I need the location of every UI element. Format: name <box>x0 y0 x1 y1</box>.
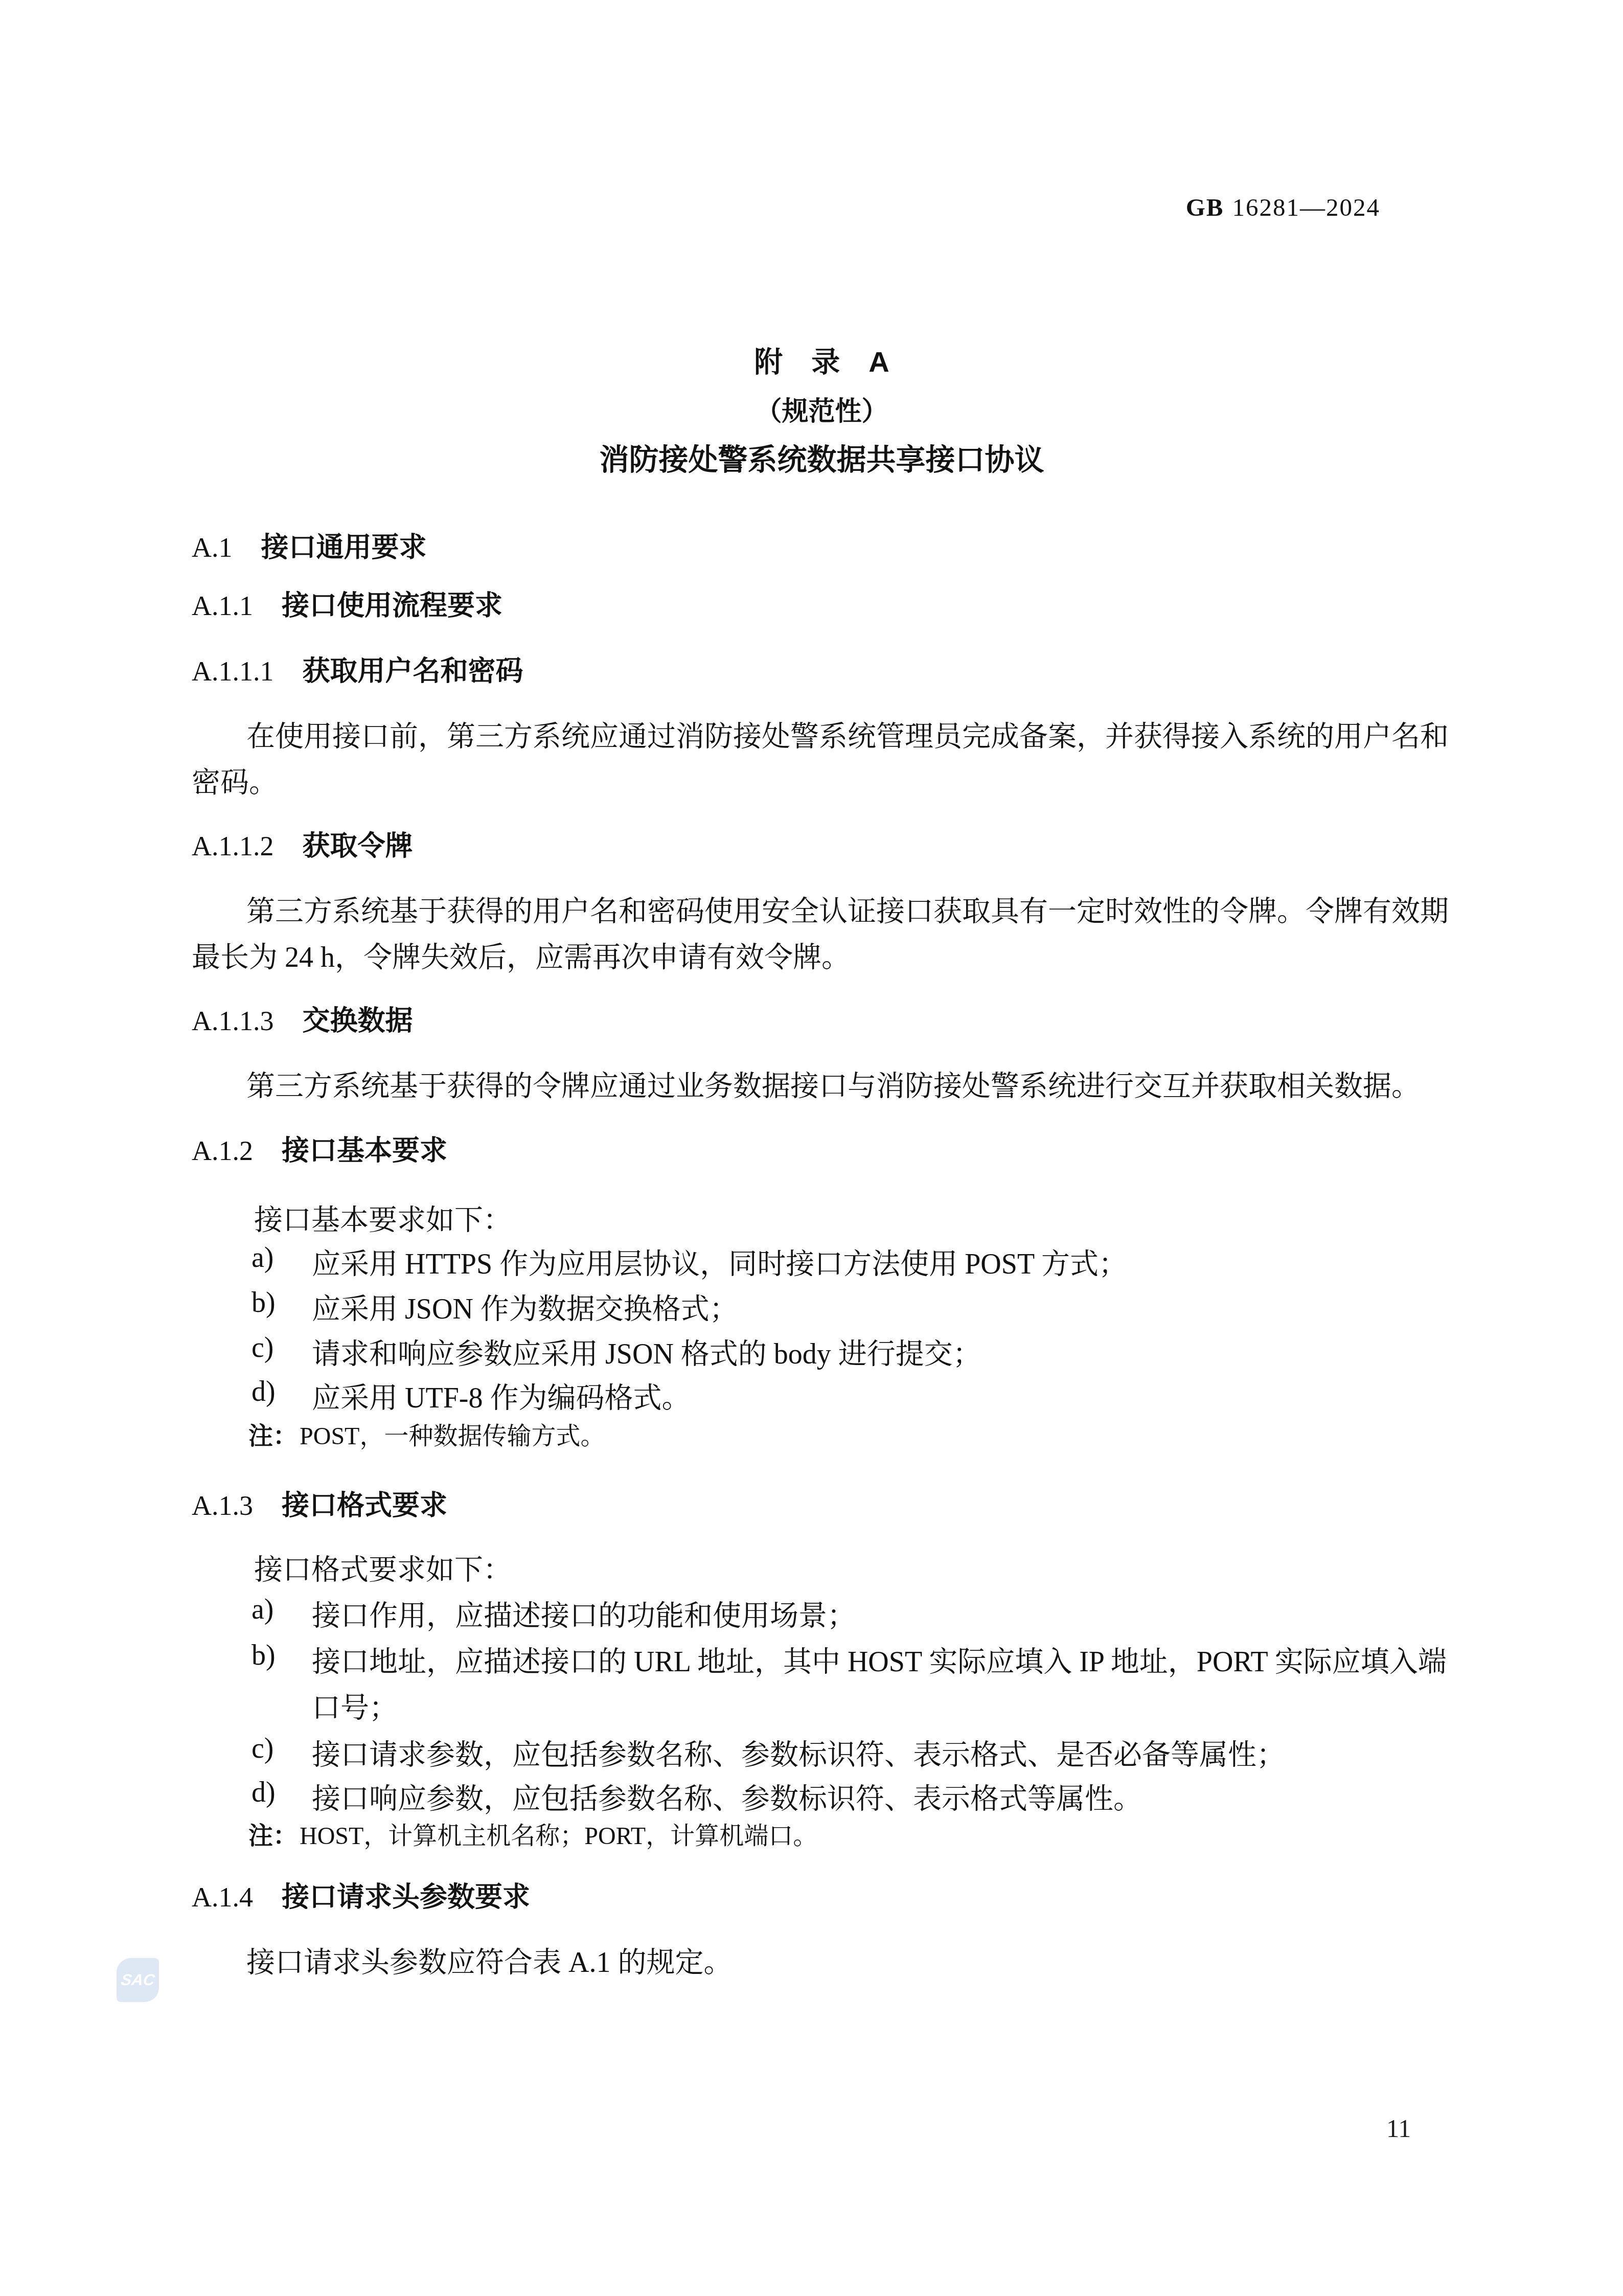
format-requirements-intro: 接口格式要求如下： <box>254 1547 512 1588</box>
paragraph-a14: 接口请求头参数应符合表 A.1 的规定。 <box>246 1940 732 1981</box>
heading-a111: A.1.1.1获取用户名和密码 <box>192 649 523 689</box>
heading-a1-number: A.1 <box>192 532 233 563</box>
paragraph-a112-line1: 第三方系统基于获得的用户名和密码使用安全认证接口获取具有一定时效性的令牌。令牌有… <box>246 889 1449 929</box>
heading-a112-title: 获取令牌 <box>303 831 413 861</box>
list-item-text: 应采用 UTF-8 作为编码格式。 <box>312 1375 690 1416</box>
page-number: 11 <box>1386 2113 1411 2143</box>
list-item-label: b) <box>252 1639 312 1680</box>
heading-a113-title: 交换数据 <box>303 1006 413 1036</box>
heading-a12-number: A.1.2 <box>192 1135 253 1166</box>
list-item-basic-b: b)应采用 JSON 作为数据交换格式； <box>252 1286 738 1327</box>
list-item-format-a: a)接口作用，应描述接口的功能和使用场景； <box>252 1593 856 1634</box>
list-item-label: a) <box>252 1593 312 1634</box>
list-item-format-b-line2: 口号； <box>312 1685 398 1726</box>
note-post: 注：POST，一种数据传输方式。 <box>248 1416 605 1451</box>
heading-a14: A.1.4接口请求头参数要求 <box>192 1875 530 1915</box>
note-label: 注： <box>248 1416 298 1451</box>
heading-a11-title: 接口使用流程要求 <box>282 590 502 621</box>
list-item-format-c: c)接口请求参数，应包括参数名称、参数标识符、表示格式、是否必备等属性； <box>252 1732 1285 1773</box>
list-item-label: d) <box>252 1776 312 1817</box>
list-item-basic-d: d)应采用 UTF-8 作为编码格式。 <box>252 1375 690 1416</box>
appendix-label: 附 录 A <box>192 339 1452 380</box>
heading-a11: A.1.1接口使用流程要求 <box>192 584 502 623</box>
heading-a13-number: A.1.3 <box>192 1490 253 1521</box>
paragraph-a111-line2: 密码。 <box>192 760 278 801</box>
heading-a111-title: 获取用户名和密码 <box>303 656 523 687</box>
list-item-label: c) <box>252 1331 312 1372</box>
list-item-label: a) <box>252 1241 312 1282</box>
heading-a112: A.1.1.2获取令牌 <box>192 824 413 863</box>
sac-logo-text: SAC <box>120 1971 156 1989</box>
note-text: POST，一种数据传输方式。 <box>300 1416 605 1451</box>
heading-a12-title: 接口基本要求 <box>282 1135 447 1166</box>
list-item-text: 应采用 JSON 作为数据交换格式； <box>312 1286 738 1327</box>
basic-requirements-intro: 接口基本要求如下： <box>254 1197 512 1238</box>
list-item-label: b) <box>252 1286 312 1327</box>
paragraph-a112-line2: 最长为 24 h，令牌失效后，应需再次申请有效令牌。 <box>192 935 850 975</box>
heading-a13-title: 接口格式要求 <box>282 1490 447 1521</box>
heading-a13: A.1.3接口格式要求 <box>192 1484 447 1523</box>
list-item-text-line1: 接口地址，应描述接口的 URL 地址，其中 HOST 实际应填入 IP 地址，P… <box>312 1639 1447 1680</box>
standard-year-number: 16281—2024 <box>1232 193 1381 221</box>
list-item-text: 应采用 HTTPS 作为应用层协议，同时接口方法使用 POST 方式； <box>312 1241 1127 1282</box>
list-item-text: 接口作用，应描述接口的功能和使用场景； <box>312 1593 856 1634</box>
note-host-port: 注：HOST，计算机主机名称；PORT，计算机端口。 <box>248 1816 817 1851</box>
list-item-text: 接口请求参数，应包括参数名称、参数标识符、表示格式、是否必备等属性； <box>312 1732 1285 1773</box>
appendix-title: 消防接处警系统数据共享接口协议 <box>192 436 1452 479</box>
list-item-format-b: b)接口地址，应描述接口的 URL 地址，其中 HOST 实际应填入 IP 地址… <box>252 1639 1447 1680</box>
paragraph-a113: 第三方系统基于获得的令牌应通过业务数据接口与消防接处警系统进行交互并获取相关数据… <box>246 1063 1420 1104</box>
heading-a1-title: 接口通用要求 <box>261 532 427 563</box>
document-page: GB16281—2024 附 录 A （规范性） 消防接处警系统数据共享接口协议… <box>0 0 1623 2296</box>
list-item-basic-a: a)应采用 HTTPS 作为应用层协议，同时接口方法使用 POST 方式； <box>252 1241 1127 1282</box>
heading-a12: A.1.2接口基本要求 <box>192 1129 447 1168</box>
note-label: 注： <box>248 1816 298 1851</box>
standard-number: GB16281—2024 <box>1186 193 1380 222</box>
standard-code: GB <box>1186 193 1224 221</box>
paragraph-a111-line1: 在使用接口前，第三方系统应通过消防接处警系统管理员完成备案，并获得接入系统的用户… <box>246 714 1449 755</box>
heading-a11-number: A.1.1 <box>192 590 253 621</box>
list-item-text: 请求和响应参数应采用 JSON 格式的 body 进行提交； <box>312 1331 981 1372</box>
heading-a1: A.1接口通用要求 <box>192 526 427 565</box>
heading-a113: A.1.1.3交换数据 <box>192 999 413 1038</box>
heading-a112-number: A.1.1.2 <box>192 831 274 861</box>
heading-a111-number: A.1.1.1 <box>192 656 274 687</box>
list-item-format-d: d)接口响应参数，应包括参数名称、参数标识符、表示格式等属性。 <box>252 1776 1142 1817</box>
appendix-normative-tag: （规范性） <box>192 390 1452 428</box>
list-item-text: 接口响应参数，应包括参数名称、参数标识符、表示格式等属性。 <box>312 1776 1142 1817</box>
sac-logo-watermark: SAC <box>117 1958 159 2002</box>
heading-a14-title: 接口请求头参数要求 <box>282 1882 530 1913</box>
list-item-label: c) <box>252 1732 312 1773</box>
heading-a14-number: A.1.4 <box>192 1882 253 1913</box>
heading-a113-number: A.1.1.3 <box>192 1006 274 1036</box>
list-item-basic-c: c)请求和响应参数应采用 JSON 格式的 body 进行提交； <box>252 1331 981 1372</box>
note-text: HOST，计算机主机名称；PORT，计算机端口。 <box>300 1816 817 1851</box>
list-item-label: d) <box>252 1375 312 1416</box>
